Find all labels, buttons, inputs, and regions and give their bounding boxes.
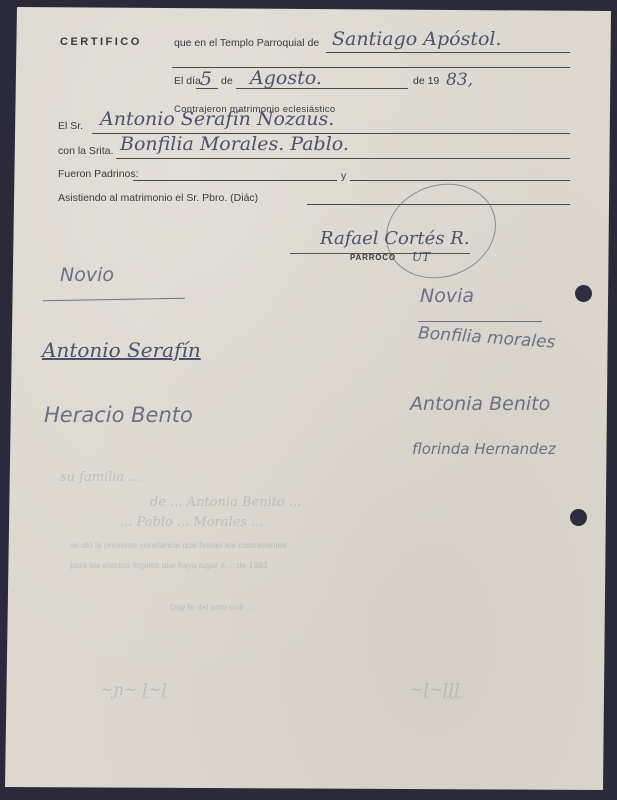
bleed-through-line: Doy fe del acto civil ... (170, 602, 253, 612)
bleed-through-line: para los efectos legales que haya lugar … (70, 560, 268, 570)
groom-label: El Sr. (58, 120, 83, 132)
groom-signature: Antonio Serafín (42, 338, 201, 362)
date-month-value[interactable]: Agosto. (250, 67, 322, 89)
date-day-value[interactable]: 5 (200, 68, 212, 90)
bleed-through-line: se dio la presente constancia que firman… (70, 540, 287, 550)
groom-witness: Heracio Bento (44, 403, 193, 427)
bride-side-title: Novia (420, 285, 474, 307)
bleed-through-signature: ~ɭ~ɭɭɭ (410, 680, 460, 699)
parish-value[interactable]: Santiago Apóstol. (332, 28, 502, 50)
bride-name: Bonfilia morales (417, 323, 556, 353)
binder-hole (570, 509, 587, 526)
date-month-label: de (221, 75, 233, 87)
godparents-label: Fueron Padrinos: (58, 168, 139, 180)
godparent-2-line[interactable] (350, 180, 570, 181)
bleed-through-signature: ~ɲ~ ɭ~ɭ (100, 680, 167, 699)
bride-label: con la Srita. (58, 145, 113, 157)
priest-signature: Rafael Cortés R. (320, 228, 470, 249)
godparents-and: y (341, 170, 346, 182)
date-year-label: de 19 (413, 75, 439, 87)
bride-value[interactable]: Bonfilia Morales. Pablo. (120, 133, 349, 155)
bride-witness-2: florinda Hernandez (412, 440, 556, 458)
groom-value[interactable]: Antonio Serafín Nozaus. (100, 108, 334, 130)
date-day-label: El día (174, 75, 201, 87)
bleed-through-line: su familia ... (60, 470, 141, 485)
binder-hole (575, 285, 592, 302)
bleed-through-line: de ... Antonia Benito ... (150, 495, 301, 510)
certificate-paper: su familia ... de ... Antonia Benito ...… (0, 0, 617, 800)
parish-field-line (326, 52, 570, 53)
groom-side-title: Novio (60, 264, 114, 286)
certificate-heading: CERTIFICO (60, 36, 142, 48)
groom-side-underline (43, 298, 185, 301)
bride-witness-1: Antonia Benito (410, 393, 550, 415)
bride-side-underline (418, 321, 542, 322)
bleed-through-line: ... Pablo ... Morales ... (120, 515, 264, 530)
date-year-value[interactable]: 83, (446, 70, 473, 90)
date-month-line (236, 88, 408, 89)
godparent-1-line[interactable] (133, 180, 337, 181)
parish-label: que en el Templo Parroquial de (174, 37, 319, 49)
priest-initials: UT (412, 250, 430, 264)
parish-field-line-2 (172, 67, 570, 68)
priest-title: PARROCO (350, 253, 396, 262)
date-day-line (196, 88, 218, 89)
bride-field-line (116, 158, 570, 159)
priest-label: Asistiendo al matrimonio el Sr. Pbro. (D… (58, 192, 258, 204)
